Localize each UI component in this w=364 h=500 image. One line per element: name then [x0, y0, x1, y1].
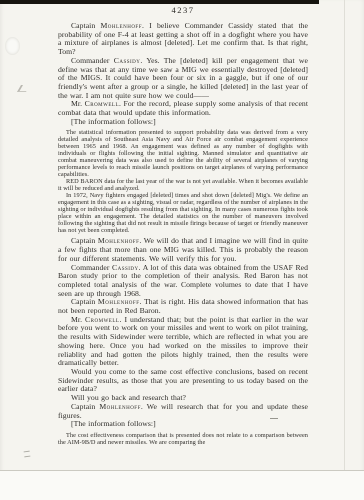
transcript-paragraph: Captain Mohlenhoff. I believe Commander …	[58, 22, 308, 57]
transcript-paragraph: Mr. Cromwell. I understand that; but the…	[58, 316, 308, 368]
transcript-paragraph: Captain Mohlenhoff. We will do that and …	[58, 237, 308, 263]
transcript-paragraph: Commander Cassidy. A lot of this data wa…	[58, 264, 308, 299]
speaker-name: Captain Mohlenhoff.	[71, 402, 147, 411]
inserted-information-block: The cost effectiveness comparison that i…	[58, 432, 308, 446]
fine-print-paragraph: The statistical information presented to…	[58, 129, 308, 178]
transcript-paragraph: Captain Mohlenhoff. That is right. His d…	[58, 298, 308, 315]
page-right-edge	[344, 0, 345, 471]
stage-direction: [The information follows:]	[58, 420, 308, 429]
transcript-paragraph: Would you come to the same cost effectiv…	[58, 368, 308, 394]
fine-print-paragraph: RED BARON data for the last year of the …	[58, 178, 308, 192]
stray-pencil-mark	[24, 451, 31, 458]
speaker-name: Captain Mohlenhoff.	[71, 236, 144, 245]
fine-print-paragraph: In 1972, Navy fighters engaged [deleted]…	[58, 192, 308, 234]
speaker-name: Captain Mohlenhoff.	[71, 297, 144, 306]
speech-text: I understand that; but the point is that…	[58, 315, 308, 368]
speaker-name: Commander Cassidy.	[71, 263, 143, 272]
fine-print-paragraph: The cost effectiveness comparison that i…	[58, 432, 308, 446]
page-number: 4237	[58, 5, 308, 15]
inserted-information-block: The statistical information presented to…	[58, 129, 308, 234]
speaker-name: Mr. Cromwell.	[71, 99, 124, 108]
transcript-paragraph: Captain Mohlenhoff. We will research tha…	[58, 403, 308, 420]
speaker-name: Captain Mohlenhoff.	[71, 21, 149, 30]
transcript-paragraph: Commander Cassidy. Yes. The [deleted] ki…	[58, 57, 308, 101]
underlying-page-edge	[0, 470, 364, 500]
stray-pencil-mark	[17, 85, 30, 92]
scan-edge-bar	[0, 0, 319, 4]
scanned-transcript-page: 4237 Captain Mohlenhoff. I believe Comma…	[0, 0, 364, 500]
speaker-name: Mr. Cromwell.	[71, 315, 124, 324]
hole-punch	[5, 37, 20, 55]
stage-direction: [The information follows:]	[58, 118, 308, 127]
page-body: 4237 Captain Mohlenhoff. I believe Comma…	[58, 5, 308, 449]
speaker-name: Commander Cassidy.	[71, 56, 146, 65]
transcript-paragraph: Mr. Cromwell. For the record, please sup…	[58, 100, 308, 117]
